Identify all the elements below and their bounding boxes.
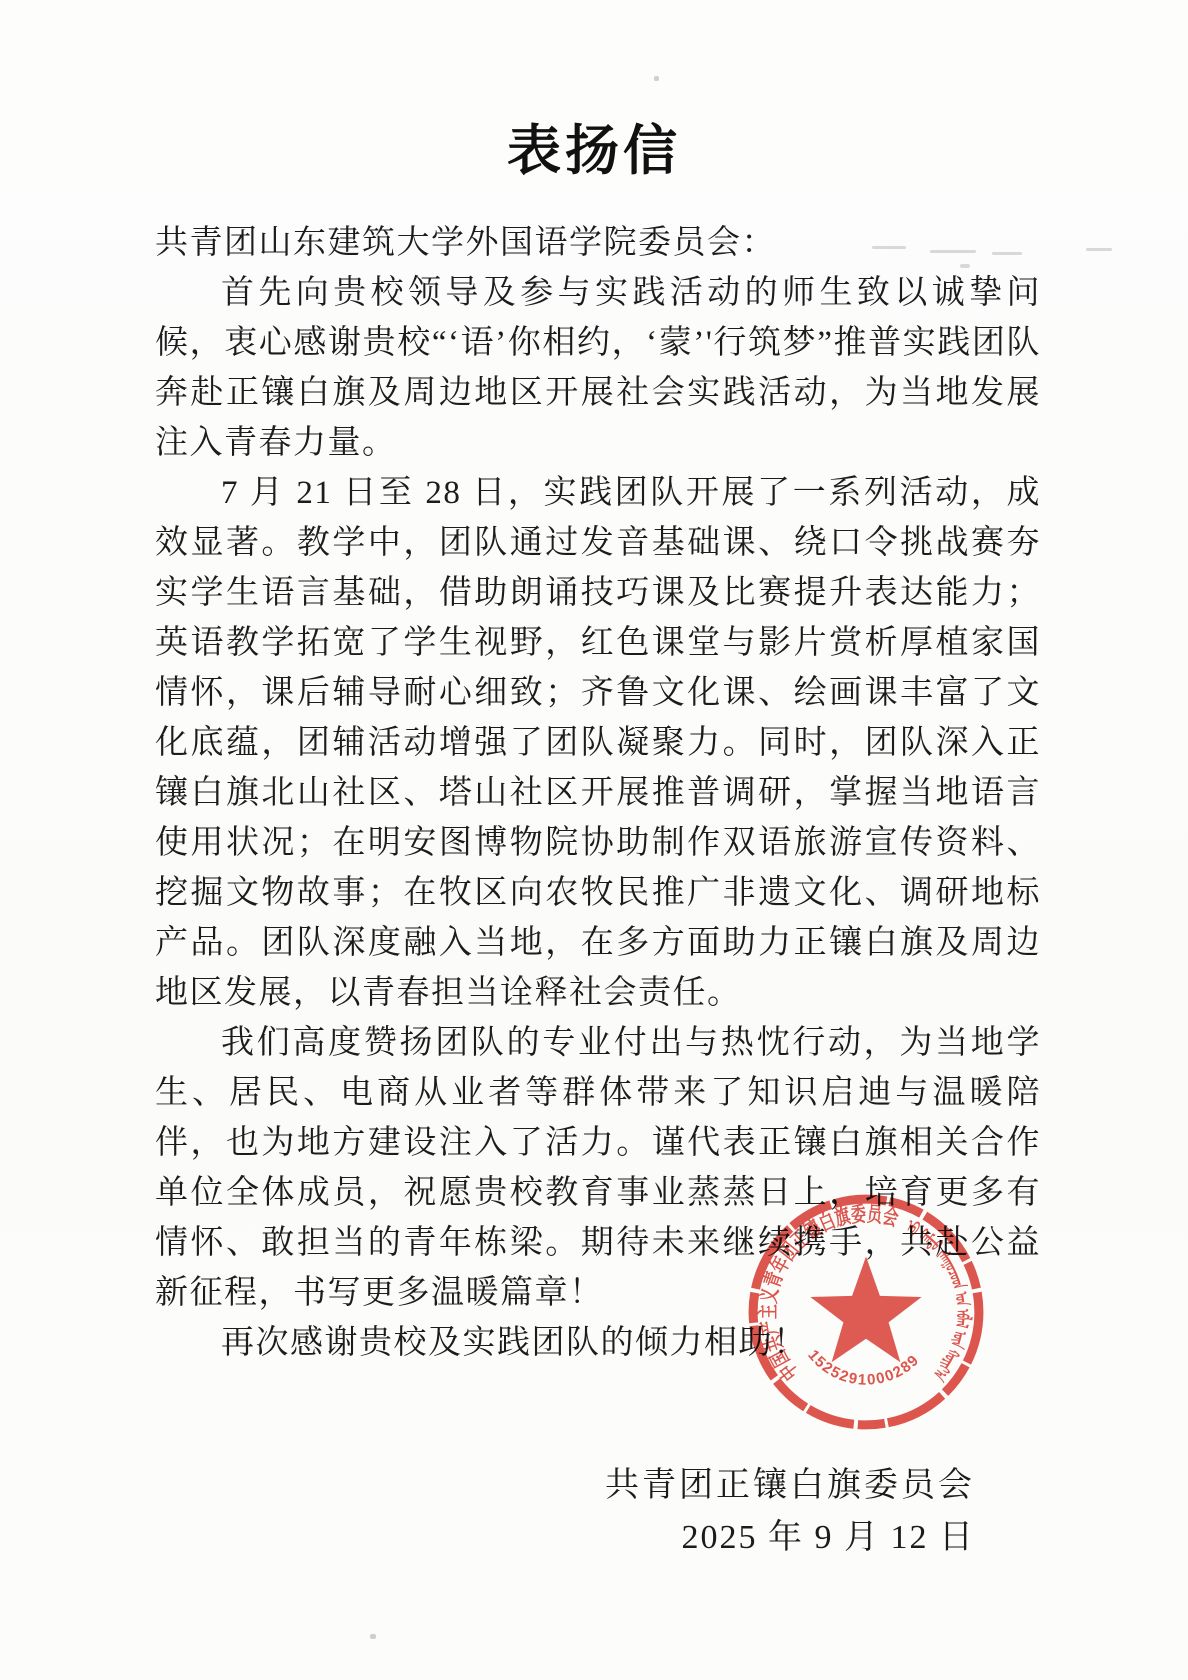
- body-paragraph: 7 月 21 日至 28 日，实践团队开展了一系列活动，成效显著。教学中，团队通…: [155, 468, 1041, 1018]
- page-title: 表扬信: [0, 0, 1188, 185]
- signature: 共青团正镶白旗委员会: [155, 1460, 975, 1512]
- date: 2025 年 9 月 12 日: [155, 1512, 975, 1564]
- letter-page: 表扬信 共青团山东建筑大学外国语学院委员会： 首先向贵校领导及参与实践活动的师生…: [0, 0, 1188, 1680]
- body-paragraph: 首先向贵校领导及参与实践活动的师生致以诚挚问候，衷心感谢贵校“‘语’你相约，‘蒙…: [155, 268, 1041, 468]
- scan-speck: [370, 1634, 376, 1639]
- signature-block: 共青团正镶白旗委员会 2025 年 9 月 12 日: [155, 1460, 1041, 1564]
- body-paragraph: 再次感谢贵校及实践团队的倾力相助！: [155, 1318, 1041, 1368]
- paragraph-list: 首先向贵校领导及参与实践活动的师生致以诚挚问候，衷心感谢贵校“‘语’你相约，‘蒙…: [155, 268, 1041, 1368]
- letter-body: 共青团山东建筑大学外国语学院委员会： 首先向贵校领导及参与实践活动的师生致以诚挚…: [155, 218, 1041, 1564]
- scan-smudge: [872, 246, 1116, 268]
- scan-speck: [692, 1092, 696, 1096]
- scan-speck: [654, 76, 659, 81]
- body-paragraph: 我们高度赞扬团队的专业付出与热忱行动，为当地学生、居民、电商从业者等群体带来了知…: [155, 1018, 1041, 1318]
